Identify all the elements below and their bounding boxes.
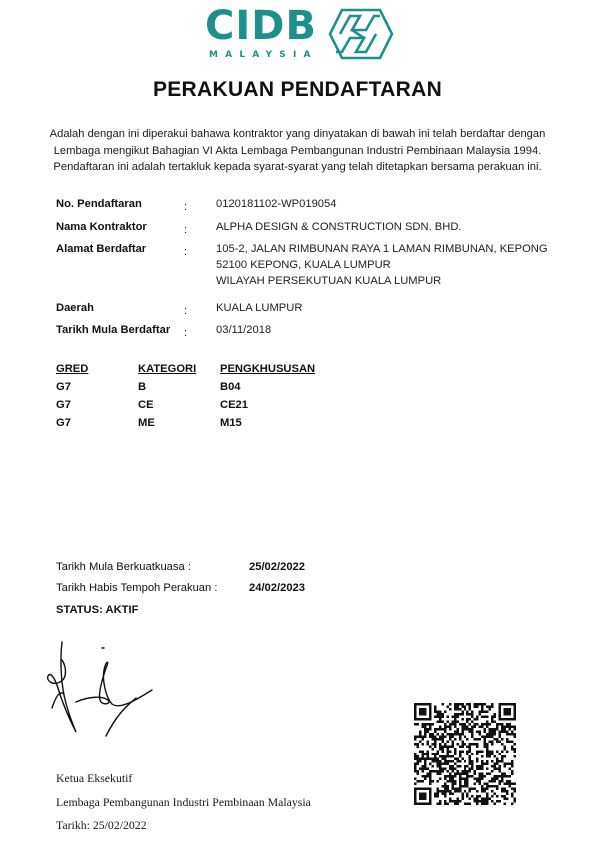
- field-label: Alamat Berdaftar: [56, 241, 146, 258]
- header-category: KATEGORI: [138, 363, 196, 375]
- address-line: 52100 KEPONG, KUALA LUMPUR: [216, 257, 391, 274]
- field-label: Nama Kontraktor: [56, 219, 147, 236]
- grade-cell: G7: [56, 399, 71, 411]
- header-grade: GRED: [56, 363, 88, 375]
- category-cell: ME: [138, 417, 155, 429]
- field-separator: :: [184, 325, 187, 342]
- intro-line: Adalah dengan ini diperakui bahawa kontr…: [40, 126, 555, 143]
- intro-paragraph: Adalah dengan ini diperakui bahawa kontr…: [40, 126, 555, 176]
- field-label: Daerah: [56, 300, 94, 317]
- qr-code-icon: [414, 703, 516, 805]
- signatory-title: Ketua Eksekutif: [56, 767, 311, 791]
- header-specialisation: PENGKHUSUSAN: [220, 363, 315, 375]
- registration-start-date: 03/11/2018: [216, 322, 271, 339]
- category-cell: B: [138, 381, 146, 393]
- cidb-logo: CIDB MALAYSIA: [205, 6, 395, 62]
- field-separator: :: [184, 244, 187, 261]
- effective-date-label: Tarikh Mula Berkuatkuasa :: [56, 561, 191, 573]
- grade-cell: G7: [56, 381, 71, 393]
- district-value: KUALA LUMPUR: [216, 300, 302, 317]
- address-line: WILAYAH PERSEKUTUAN KUALA LUMPUR: [216, 273, 441, 290]
- field-separator: :: [184, 222, 187, 239]
- logo-subtitle: MALAYSIA: [209, 50, 318, 60]
- status-badge: STATUS: AKTIF: [56, 604, 138, 616]
- field-separator: :: [184, 199, 187, 216]
- cidb-emblem-icon: [322, 8, 394, 60]
- signatory-date: Tarikh: 25/02/2022: [56, 814, 311, 838]
- expiry-date-value: 24/02/2023: [249, 582, 305, 594]
- signatory-block: Ketua Eksekutif Lembaga Pembangunan Indu…: [56, 767, 311, 838]
- contractor-name: ALPHA DESIGN & CONSTRUCTION SDN. BHD.: [216, 219, 462, 236]
- field-separator: :: [184, 303, 187, 320]
- category-cell: CE: [138, 399, 154, 411]
- grade-cell: G7: [56, 417, 71, 429]
- signature-icon: [40, 640, 160, 740]
- intro-line: Pendaftaran ini adalah tertakluk kepada …: [40, 159, 555, 176]
- registration-number: 0120181102-WP019054: [216, 196, 336, 213]
- expiry-date-label: Tarikh Habis Tempoh Perakuan :: [56, 582, 217, 594]
- field-label: No. Pendaftaran: [56, 196, 142, 213]
- effective-date-value: 25/02/2022: [249, 561, 305, 573]
- specialisation-cell: B04: [220, 381, 241, 393]
- logo-wordmark: CIDB: [205, 2, 317, 50]
- signatory-organization: Lembaga Pembangunan Industri Pembinaan M…: [56, 791, 311, 815]
- specialisation-cell: CE21: [220, 399, 248, 411]
- intro-line: Lembaga mengikut Bahagian VI Akta Lembag…: [40, 143, 555, 160]
- field-label: Tarikh Mula Berdaftar: [56, 322, 170, 339]
- specialisation-cell: M15: [220, 417, 242, 429]
- page-title: PERAKUAN PENDAFTARAN: [0, 78, 595, 102]
- address-line: 105-2, JALAN RIMBUNAN RAYA 1 LAMAN RIMBU…: [216, 241, 548, 258]
